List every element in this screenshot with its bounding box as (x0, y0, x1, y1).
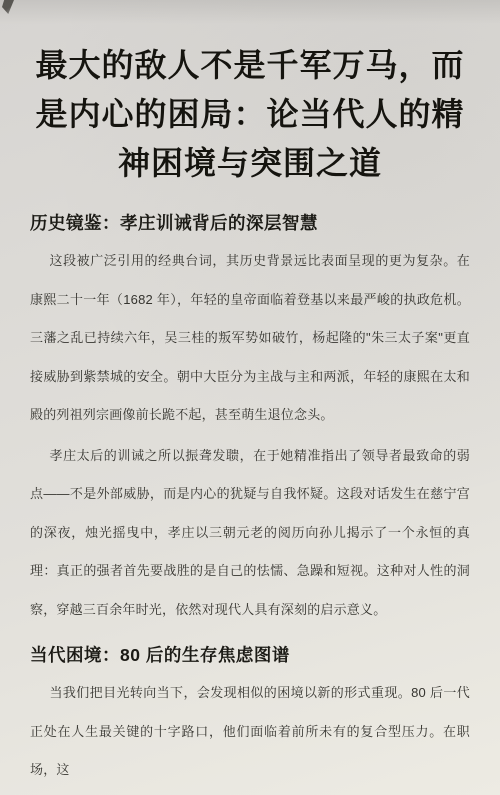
article-page: 最大的敌人不是千军万马，而是内心的困局：论当代人的精神困境与突围之道 历史镜鉴：… (0, 0, 500, 795)
paragraph-history-2: 孝庄太后的训诫之所以振聋发聩，在于她精准指出了领导者最致命的弱点——不是外部威胁… (30, 437, 470, 630)
torn-corner-icon (2, 0, 14, 14)
section-heading-modern: 当代困境：80 后的生存焦虑图谱 (30, 643, 470, 667)
article-content: 最大的敌人不是千军万马，而是内心的困局：论当代人的精神困境与突围之道 历史镜鉴：… (0, 41, 500, 790)
paragraph-history-1: 这段被广泛引用的经典台词，其历史背景远比表面呈现的更为复杂。在康熙二十一年（16… (30, 242, 470, 435)
article-title: 最大的敌人不是千军万马，而是内心的困局：论当代人的精神困境与突围之道 (30, 41, 470, 188)
paragraph-modern-1: 当我们把目光转向当下，会发现相似的困境以新的形式重现。80 后一代正处在人生最关… (30, 674, 470, 790)
section-heading-history: 历史镜鉴：孝庄训诫背后的深层智慧 (30, 211, 470, 235)
